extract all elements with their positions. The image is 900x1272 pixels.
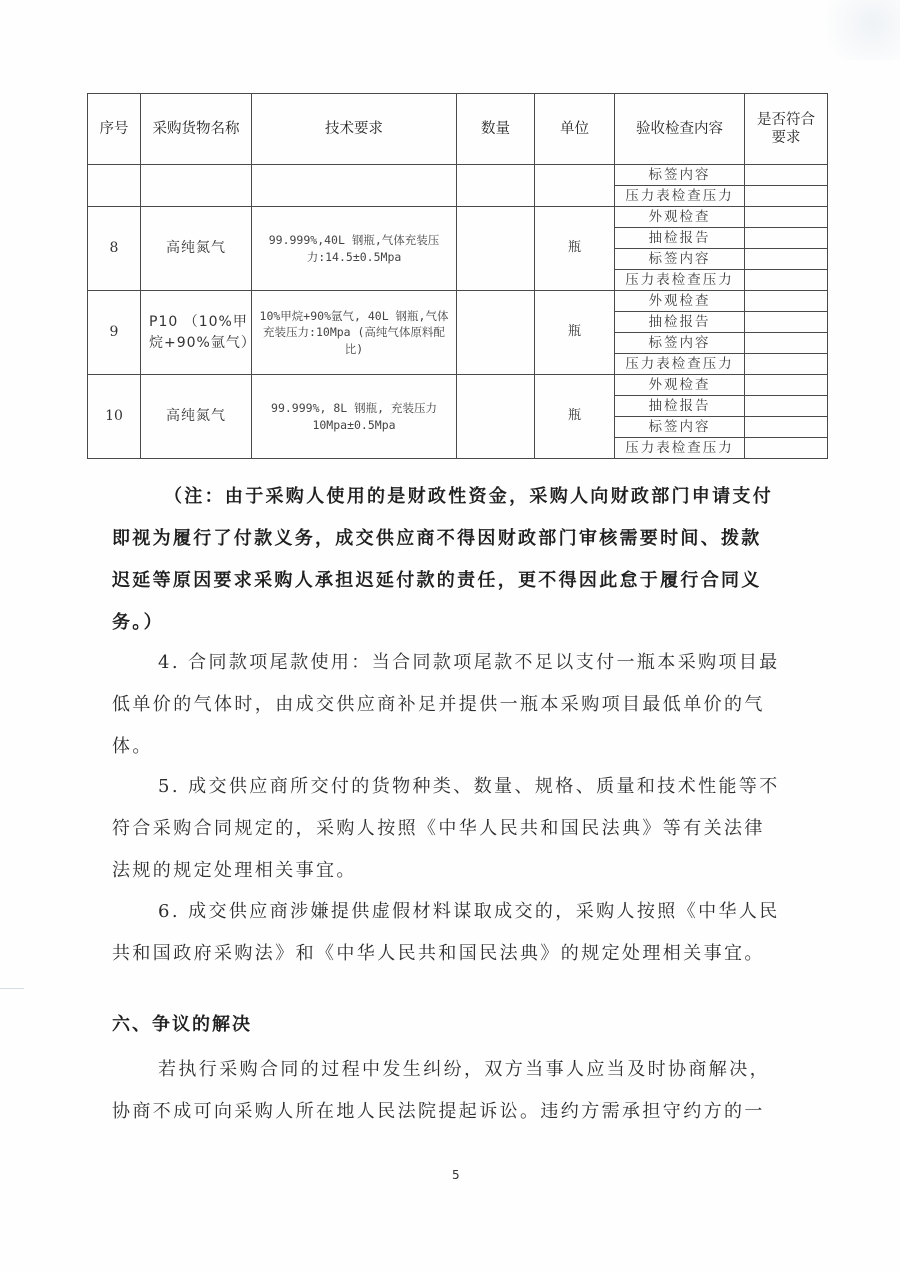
cell-unit: 瓶 bbox=[535, 375, 615, 459]
cell-check: 外观检查 bbox=[615, 291, 745, 312]
cell-compliance bbox=[745, 333, 828, 354]
page-number: 5 bbox=[452, 1168, 460, 1182]
cell-compliance bbox=[745, 186, 828, 207]
note-line: 即视为履行了付款义务，成交供应商不得因财政部门审核需要时间、拨款 bbox=[112, 518, 802, 560]
cell-unit bbox=[535, 165, 615, 207]
cell-check: 标签内容 bbox=[615, 165, 745, 186]
cell-tech: 10%甲烷+90%氩气, 40L 钢瓶,气体充装压力:10Mpa (高纯气体原料… bbox=[252, 291, 457, 375]
clause-4-line-1-text: 4. 合同款项尾款使用：当合同款项尾款不足以支付一瓶本采购项目最 bbox=[158, 652, 780, 673]
cell-compliance bbox=[745, 207, 828, 228]
paragraph-line: 若执行采购合同的过程中发生纠纷，双方当事人应当及时协商解决， bbox=[112, 1049, 802, 1091]
cell-check: 标签内容 bbox=[615, 417, 745, 438]
clause-line: 符合采购合同规定的，采购人按照《中华人民共和国民法典》等有关法律 bbox=[112, 808, 802, 850]
cell-qty bbox=[457, 207, 535, 291]
note-line: 迟延等原因要求采购人承担迟延付款的责任，更不得因此怠于履行合同义 bbox=[112, 560, 802, 602]
cell-check: 抽检报告 bbox=[615, 228, 745, 249]
cell-compliance bbox=[745, 396, 828, 417]
table-row-8: 8 高纯氮气 99.999%,40L 钢瓶,气体充装压力:14.5±0.5Mpa… bbox=[88, 207, 828, 228]
clause-6-line-1-text: 6. 成交供应商涉嫌提供虚假材料谋取成交的，采购人按照《中华人民 bbox=[158, 901, 780, 922]
cell-check: 外观检查 bbox=[615, 375, 745, 396]
cell-seq: 9 bbox=[88, 291, 141, 375]
clause-5: 5. 成交供应商所交付的货物种类、数量、规格、质量和技术性能等不 符合采购合同规… bbox=[112, 766, 802, 892]
clause-line: 低单价的气体时，由成交供应商补足并提供一瓶本采购项目最低单价的气 bbox=[112, 684, 802, 726]
cell-qty bbox=[457, 375, 535, 459]
clause-line: 法规的规定处理相关事宜。 bbox=[112, 850, 802, 892]
cell-check: 压力表检查压力 bbox=[615, 270, 745, 291]
header-name: 采购货物名称 bbox=[141, 94, 252, 165]
note-line-1-text: （注：由于采购人使用的是财政性资金，采购人向财政部门申请支付 bbox=[164, 486, 773, 507]
cell-name: 高纯氮气 bbox=[141, 375, 252, 459]
table-row-continuation: 标签内容 bbox=[88, 165, 828, 186]
margin-mark bbox=[0, 988, 24, 989]
payment-note: （注：由于采购人使用的是财政性资金，采购人向财政部门申请支付 即视为履行了付款义… bbox=[112, 476, 802, 644]
cell-compliance bbox=[745, 312, 828, 333]
cell-compliance bbox=[745, 165, 828, 186]
cell-tech bbox=[252, 165, 457, 207]
note-line: 务。） bbox=[112, 602, 802, 644]
header-tech: 技术要求 bbox=[252, 94, 457, 165]
cell-name: P10 （10%甲烷+90%氩气） bbox=[141, 291, 252, 375]
cell-tech: 99.999%, 8L 钢瓶, 充装压力 10Mpa±0.5Mpa bbox=[252, 375, 457, 459]
clause-5-line-1-text: 5. 成交供应商所交付的货物种类、数量、规格、质量和技术性能等不 bbox=[158, 776, 780, 797]
cell-compliance bbox=[745, 354, 828, 375]
clause-6: 6. 成交供应商涉嫌提供虚假材料谋取成交的，采购人按照《中华人民 共和国政府采购… bbox=[112, 891, 802, 975]
cell-seq: 10 bbox=[88, 375, 141, 459]
section-heading: 六、争议的解决 bbox=[112, 1010, 252, 1036]
cell-check: 标签内容 bbox=[615, 333, 745, 354]
header-compliance: 是否符合要求 bbox=[745, 94, 828, 165]
cell-compliance bbox=[745, 228, 828, 249]
table-row-9: 9 P10 （10%甲烷+90%氩气） 10%甲烷+90%氩气, 40L 钢瓶,… bbox=[88, 291, 828, 312]
cell-name: 高纯氮气 bbox=[141, 207, 252, 291]
header-inspection: 验收检查内容 bbox=[615, 94, 745, 165]
table-row-10: 10 高纯氮气 99.999%, 8L 钢瓶, 充装压力 10Mpa±0.5Mp… bbox=[88, 375, 828, 396]
scan-noise bbox=[810, 0, 900, 60]
cell-check: 压力表检查压力 bbox=[615, 186, 745, 207]
document-page: 序号 采购货物名称 技术要求 数量 单位 验收检查内容 是否符合要求 标签内容 bbox=[0, 0, 900, 1272]
cell-name bbox=[141, 165, 252, 207]
clause-line: 体。 bbox=[112, 726, 802, 768]
header-unit: 单位 bbox=[535, 94, 615, 165]
cell-compliance bbox=[745, 438, 828, 459]
cell-unit: 瓶 bbox=[535, 291, 615, 375]
section6-line-1-text: 若执行采购合同的过程中发生纠纷，双方当事人应当及时协商解决， bbox=[158, 1059, 770, 1080]
cell-compliance bbox=[745, 249, 828, 270]
cell-qty bbox=[457, 165, 535, 207]
table-header-row: 序号 采购货物名称 技术要求 数量 单位 验收检查内容 是否符合要求 bbox=[88, 94, 828, 165]
cell-tech: 99.999%,40L 钢瓶,气体充装压力:14.5±0.5Mpa bbox=[252, 207, 457, 291]
cell-compliance bbox=[745, 375, 828, 396]
dispute-resolution-paragraph: 若执行采购合同的过程中发生纠纷，双方当事人应当及时协商解决， 协商不成可向采购人… bbox=[112, 1049, 802, 1133]
cell-check: 外观检查 bbox=[615, 207, 745, 228]
cell-qty bbox=[457, 291, 535, 375]
clause-line: 共和国政府采购法》和《中华人民共和国民法典》的规定处理相关事宜。 bbox=[112, 933, 802, 975]
cell-compliance bbox=[745, 417, 828, 438]
cell-seq: 8 bbox=[88, 207, 141, 291]
clause-line: 4. 合同款项尾款使用：当合同款项尾款不足以支付一瓶本采购项目最 bbox=[112, 642, 802, 684]
note-line: （注：由于采购人使用的是财政性资金，采购人向财政部门申请支付 bbox=[112, 476, 802, 518]
clause-4: 4. 合同款项尾款使用：当合同款项尾款不足以支付一瓶本采购项目最 低单价的气体时… bbox=[112, 642, 802, 768]
clause-line: 5. 成交供应商所交付的货物种类、数量、规格、质量和技术性能等不 bbox=[112, 766, 802, 808]
cell-seq bbox=[88, 165, 141, 207]
cell-compliance bbox=[745, 270, 828, 291]
cell-compliance bbox=[745, 291, 828, 312]
cell-check: 压力表检查压力 bbox=[615, 354, 745, 375]
cell-check: 压力表检查压力 bbox=[615, 438, 745, 459]
procurement-spec-table: 序号 采购货物名称 技术要求 数量 单位 验收检查内容 是否符合要求 标签内容 bbox=[87, 93, 828, 459]
header-qty: 数量 bbox=[457, 94, 535, 165]
header-seq: 序号 bbox=[88, 94, 141, 165]
cell-check: 抽检报告 bbox=[615, 396, 745, 417]
cell-unit: 瓶 bbox=[535, 207, 615, 291]
cell-check: 抽检报告 bbox=[615, 312, 745, 333]
paragraph-line: 协商不成可向采购人所在地人民法院提起诉讼。违约方需承担守约方的一 bbox=[112, 1091, 802, 1133]
clause-line: 6. 成交供应商涉嫌提供虚假材料谋取成交的，采购人按照《中华人民 bbox=[112, 891, 802, 933]
cell-check: 标签内容 bbox=[615, 249, 745, 270]
